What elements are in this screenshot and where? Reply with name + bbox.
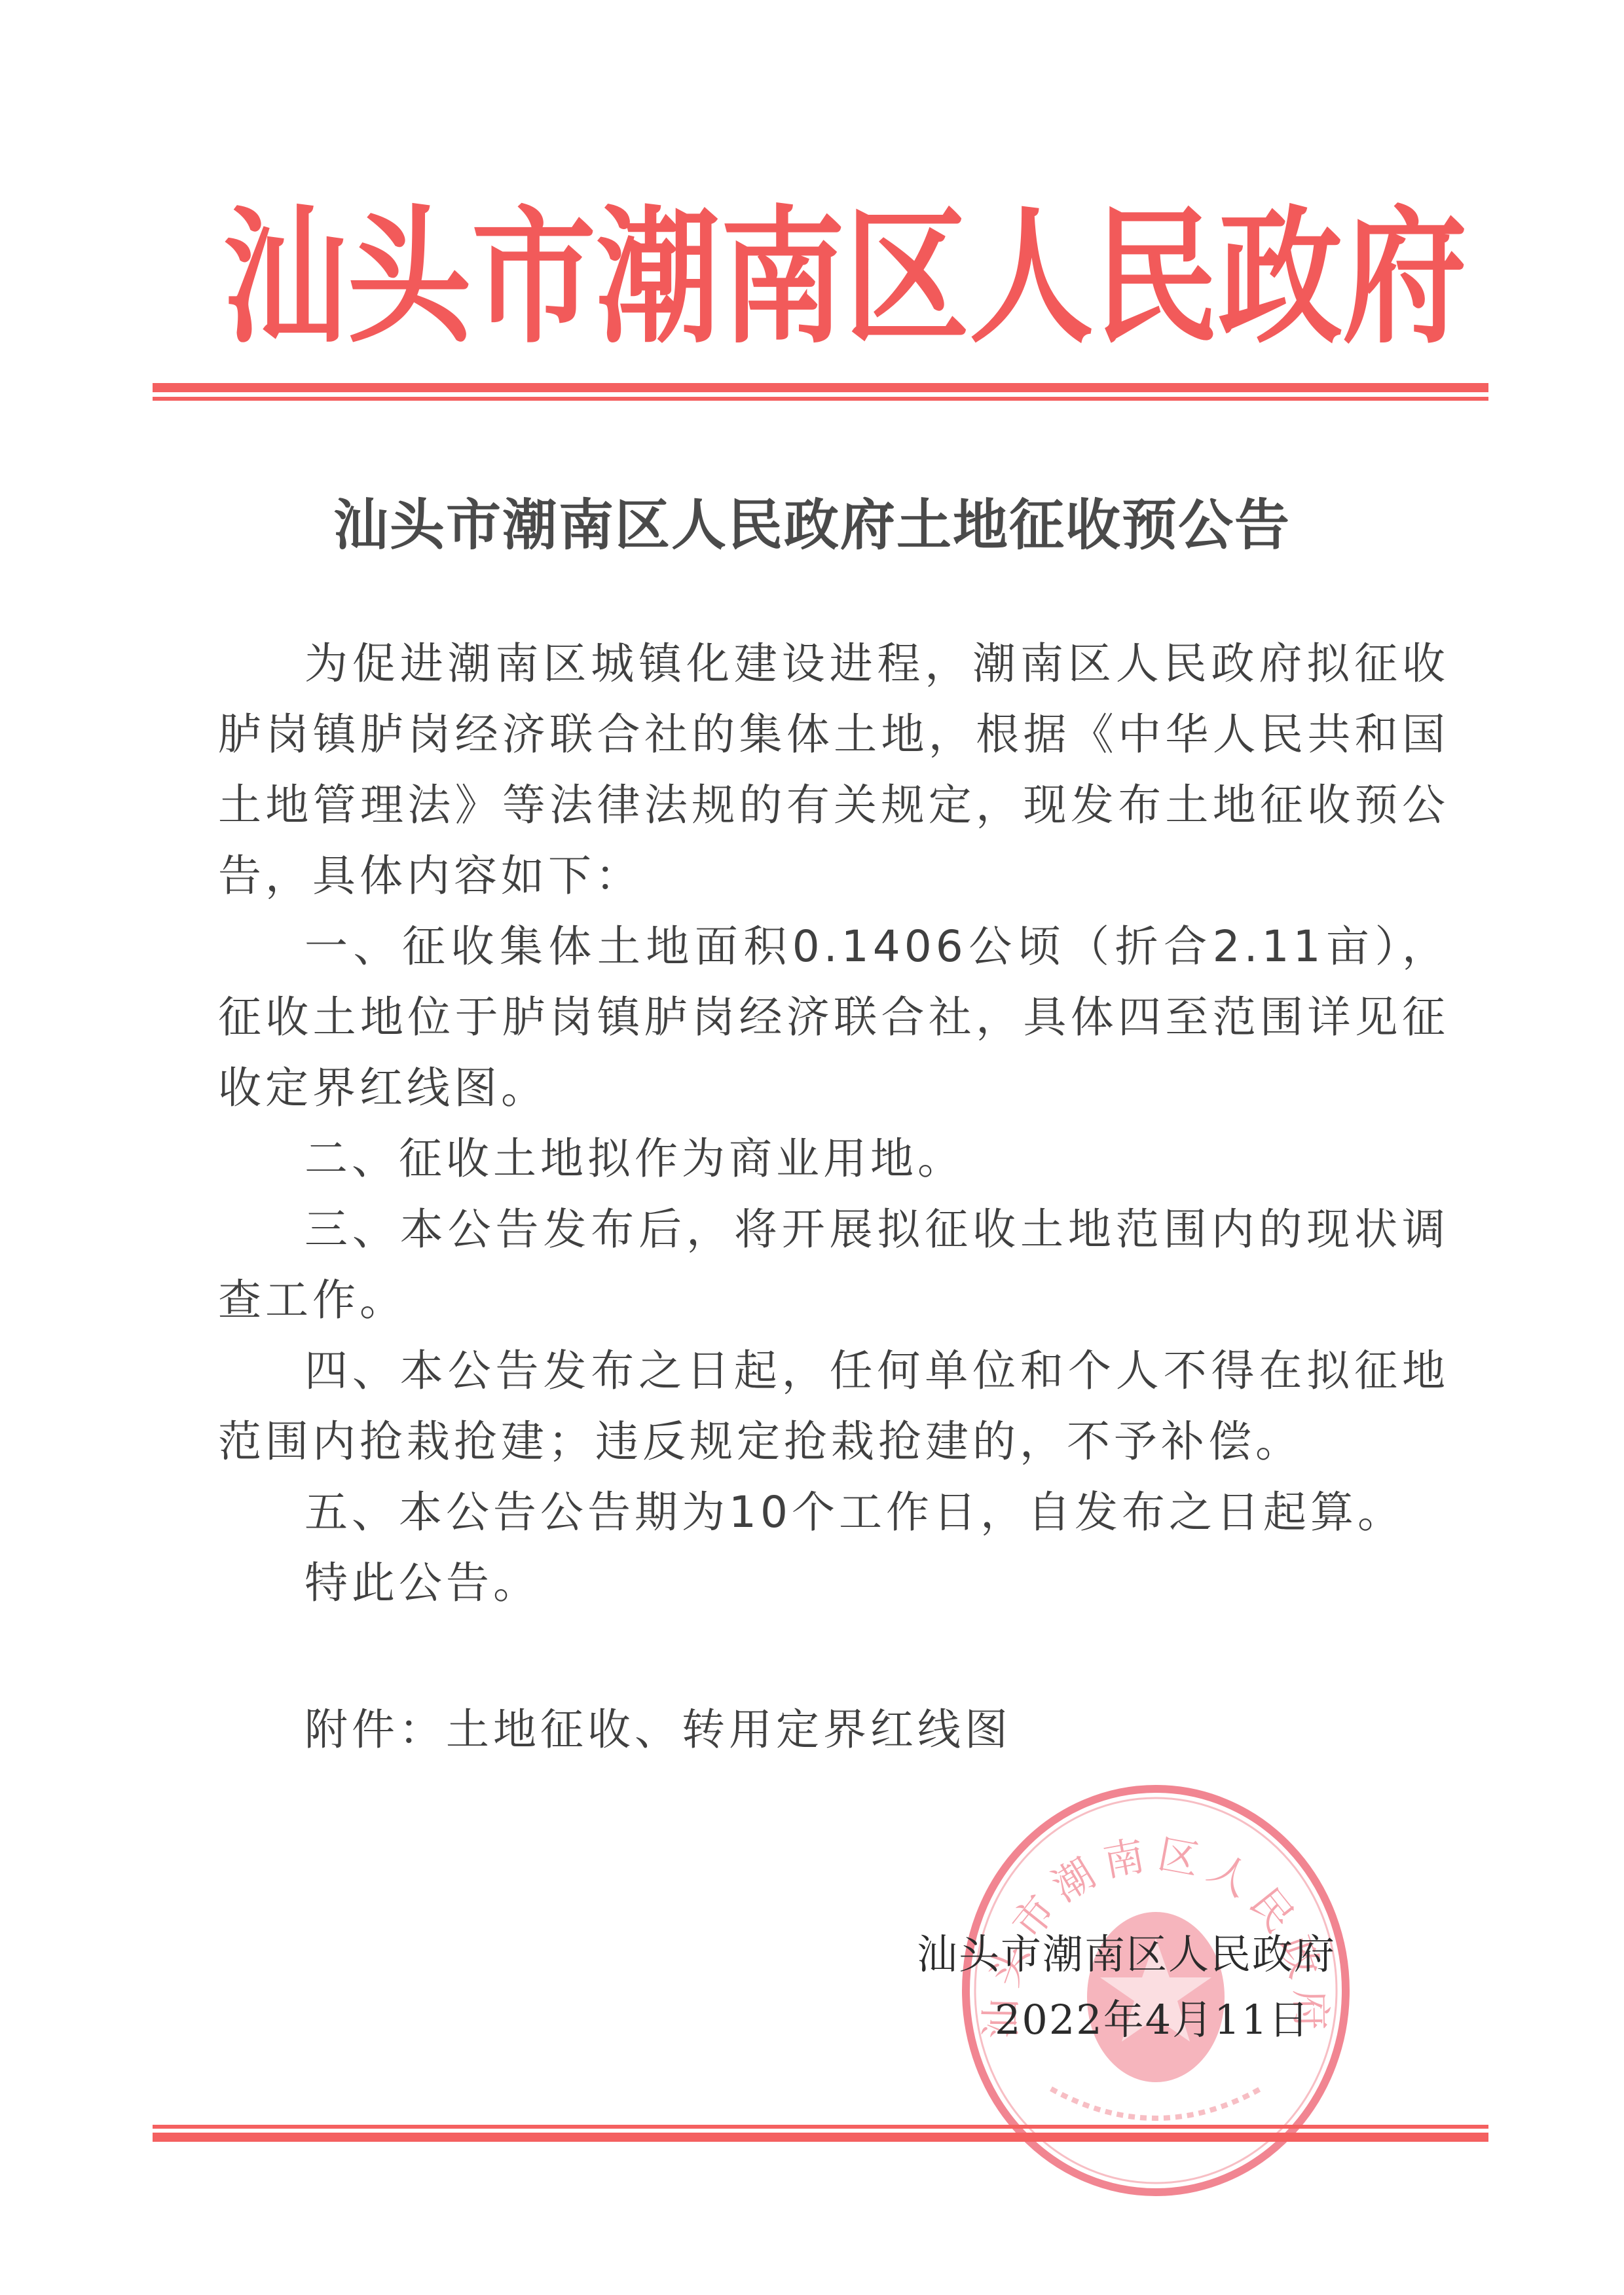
issue-date: 2022年4月11日 [897,1987,1356,2053]
footer-divider-thin [153,2125,1488,2129]
masthead-char: 市 [471,205,596,352]
masthead-char: 潮 [596,205,720,352]
masthead-char: 区 [845,205,969,352]
intro-paragraph: 为促进潮南区城镇化建设进程，潮南区人民政府拟征收胪岗镇胪岗经济联合社的集体土地，… [218,629,1449,911]
clause-4: 四、本公告发布之日起，任何单位和个人不得在拟征地范围内抢栽抢建；违反规定抢栽抢建… [218,1336,1449,1477]
document-body: 为促进潮南区城镇化建设进程，潮南区人民政府拟征收胪岗镇胪岗经济联合社的集体土地，… [218,629,1449,1765]
masthead-char: 府 [1342,205,1467,352]
attachment-note: 附件：土地征收、转用定界红线图 [218,1695,1449,1765]
closing-statement: 特此公告。 [218,1548,1449,1619]
clause-2: 二、征收土地拟作为商业用地。 [218,1124,1449,1194]
masthead-char: 汕 [223,205,347,352]
header-divider-thick [153,383,1488,392]
masthead-char: 南 [720,205,845,352]
masthead-char: 头 [347,205,471,352]
masthead: 汕 头 市 潮 南 区 人 民 政 府 [223,182,1414,375]
signature-block: 汕头市潮南区人民政府 2022年4月11日 [897,1922,1356,2053]
document-title: 汕头市潮南区人民政府土地征收预公告 [0,481,1624,560]
clause-5: 五、本公告公告期为10个工作日，自发布之日起算。 [218,1477,1449,1548]
issuer-name: 汕头市潮南区人民政府 [897,1922,1356,1987]
footer-divider-thick [153,2133,1488,2142]
masthead-char: 人 [969,205,1094,352]
header-divider-thin [153,397,1488,401]
clause-1: 一、征收集体土地面积0.1406公顷（折合2.11亩），征收土地位于胪岗镇胪岗经… [218,911,1449,1124]
masthead-char: 民 [1094,205,1218,352]
masthead-char: 政 [1218,205,1342,352]
clause-3: 三、本公告发布后，将开展拟征收土地范围内的现状调查工作。 [218,1194,1449,1336]
